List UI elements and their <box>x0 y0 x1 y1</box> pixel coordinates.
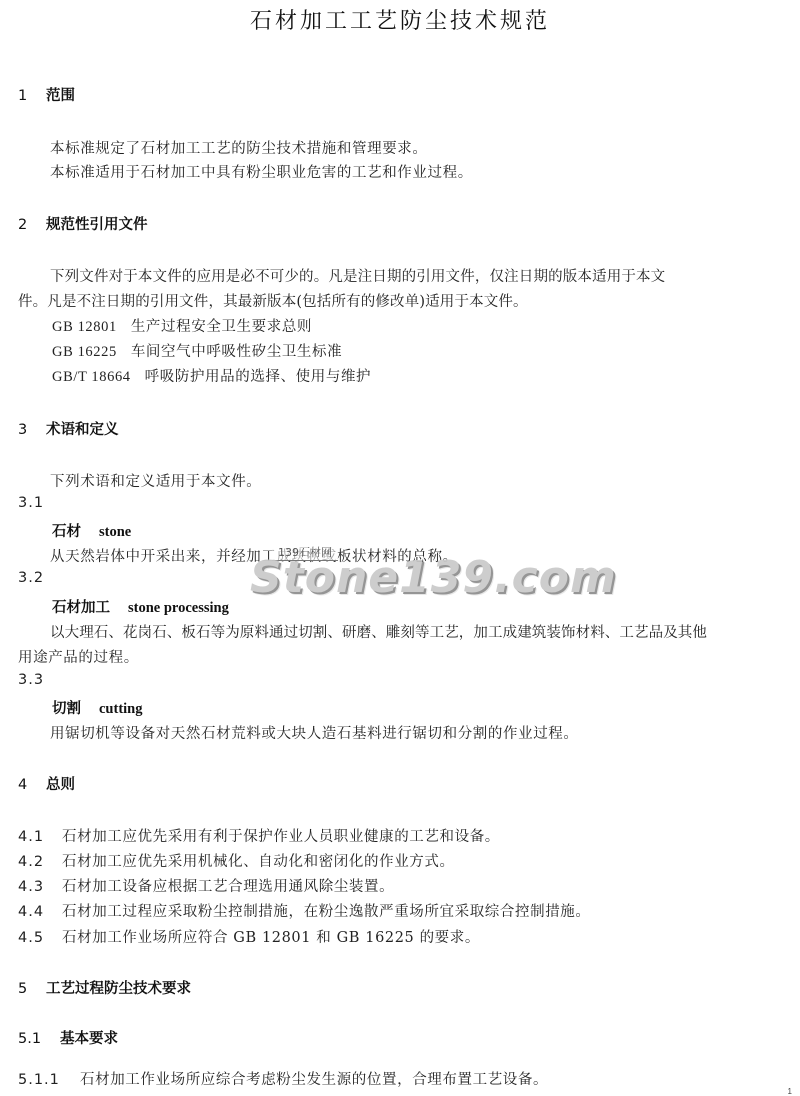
section-2-heading: 2规范性引用文件 <box>18 213 148 234</box>
clause-text: 石材加工设备应根据工艺合理选用通风除尘装置。 <box>62 879 394 895</box>
reference-row: GB/T 18664呼吸防护用品的选择、使用与维护 <box>52 365 371 386</box>
term-number: 3.1 <box>18 495 44 511</box>
paragraph: 件。凡是不注日期的引用文件，其最新版本(包括所有的修改单)适用于本文件。 <box>18 290 528 311</box>
clause-text: 石材加工应优先采用有利于保护作业人员职业健康的工艺和设备。 <box>62 829 500 845</box>
section-title: 范围 <box>46 88 75 104</box>
reference-title: 呼吸防护用品的选择、使用与维护 <box>145 369 372 385</box>
document-title: 石材加工工艺防尘技术规范 <box>0 4 800 35</box>
clause-item: 5.1.1石材加工作业场所应综合考虑粉尘发生源的位置，合理布置工艺设备。 <box>18 1068 548 1089</box>
reference-row: GB 16225车间空气中呼吸性矽尘卫生标准 <box>52 340 342 361</box>
term-en: cutting <box>99 701 143 717</box>
clause-number: 4.5 <box>18 930 62 946</box>
clause-item: 4.2石材加工应优先采用机械化、自动化和密闭化的作业方式。 <box>18 850 455 871</box>
subsection-title: 基本要求 <box>60 1031 118 1047</box>
term-definition: 以大理石、花岗石、板石等为原料通过切割、研磨、雕刻等工艺，加工成建筑装饰材料、工… <box>50 621 707 642</box>
clause-item: 4.3石材加工设备应根据工艺合理选用通风除尘装置。 <box>18 875 394 896</box>
section-title: 术语和定义 <box>46 422 119 438</box>
clause-item: 4.1石材加工应优先采用有利于保护作业人员职业健康的工艺和设备。 <box>18 825 500 846</box>
subsection-5-1-heading: 5.1基本要求 <box>18 1027 118 1048</box>
clause-text: 石材加工应优先采用机械化、自动化和密闭化的作业方式。 <box>62 854 455 870</box>
clause-number: 5.1.1 <box>18 1072 80 1088</box>
clause-item: 4.4石材加工过程应采取粉尘控制措施，在粉尘逸散严重场所宜采取综合控制措施。 <box>18 900 591 921</box>
section-title: 规范性引用文件 <box>46 217 148 233</box>
term-zh: 切割 <box>52 701 81 717</box>
clause-number: 4.4 <box>18 904 62 920</box>
subsection-number: 5.1 <box>18 1031 60 1047</box>
term-zh: 石材加工 <box>52 600 110 616</box>
clause-text: 石材加工作业场所应符合 GB 12801 和 GB 16225 的要求。 <box>62 930 480 946</box>
section-5-heading: 5工艺过程防尘技术要求 <box>18 977 191 998</box>
term-heading: 石材加工stone processing <box>52 596 229 617</box>
section-3-heading: 3术语和定义 <box>18 418 119 439</box>
paragraph: 下列文件对于本文件的应用是必不可少的。凡是注日期的引用文件，仅注日期的版本适用于… <box>50 265 665 286</box>
clause-text: 石材加工作业场所应综合考虑粉尘发生源的位置，合理布置工艺设备。 <box>80 1072 548 1088</box>
section-number: 1 <box>18 88 46 104</box>
section-number: 5 <box>18 981 46 997</box>
paragraph: 下列术语和定义适用于本文件。 <box>50 470 261 491</box>
term-definition: 用锯切机等设备对天然石材荒料或大块人造石基料进行锯切和分割的作业过程。 <box>50 722 579 743</box>
document-page: 石材加工工艺防尘技术规范 1范围 本标准规定了石材加工工艺的防尘技术措施和管理要… <box>0 0 800 1096</box>
section-1-heading: 1范围 <box>18 84 75 105</box>
clause-item: 4.5石材加工作业场所应符合 GB 12801 和 GB 16225 的要求。 <box>18 926 480 947</box>
reference-code: GB 12801 <box>52 319 117 336</box>
section-number: 3 <box>18 422 46 438</box>
clause-number: 4.2 <box>18 854 62 870</box>
clause-number: 4.1 <box>18 829 62 845</box>
reference-title: 车间空气中呼吸性矽尘卫生标准 <box>131 344 342 360</box>
reference-title: 生产过程安全卫生要求总则 <box>131 319 312 335</box>
section-number: 2 <box>18 217 46 233</box>
reference-row: GB 12801生产过程安全卫生要求总则 <box>52 315 312 336</box>
section-number: 4 <box>18 777 46 793</box>
section-title: 总则 <box>46 777 75 793</box>
page-number: 1 <box>788 1087 792 1096</box>
reference-code: GB 16225 <box>52 344 117 361</box>
section-title: 工艺过程防尘技术要求 <box>46 981 191 997</box>
term-en: stone processing <box>128 600 229 616</box>
clause-text: 石材加工过程应采取粉尘控制措施，在粉尘逸散严重场所宜采取综合控制措施。 <box>62 904 591 920</box>
term-definition: 用途产品的过程。 <box>18 646 139 667</box>
clause-number: 4.3 <box>18 879 62 895</box>
term-zh: 石材 <box>52 524 81 540</box>
reference-code: GB/T 18664 <box>52 369 131 386</box>
term-number: 3.2 <box>18 570 44 586</box>
paragraph: 本标准适用于石材加工中具有粉尘职业危害的工艺和作业过程。 <box>50 161 473 182</box>
term-number: 3.3 <box>18 672 44 688</box>
paragraph: 本标准规定了石材加工工艺的防尘技术措施和管理要求。 <box>50 137 428 158</box>
term-definition: 从天然岩体中开采出来，并经加工成块状或板状材料的总称。 <box>50 545 458 566</box>
term-heading: 切割cutting <box>52 697 143 718</box>
section-4-heading: 4总则 <box>18 773 75 794</box>
term-en: stone <box>99 524 131 540</box>
term-heading: 石材stone <box>52 520 131 541</box>
